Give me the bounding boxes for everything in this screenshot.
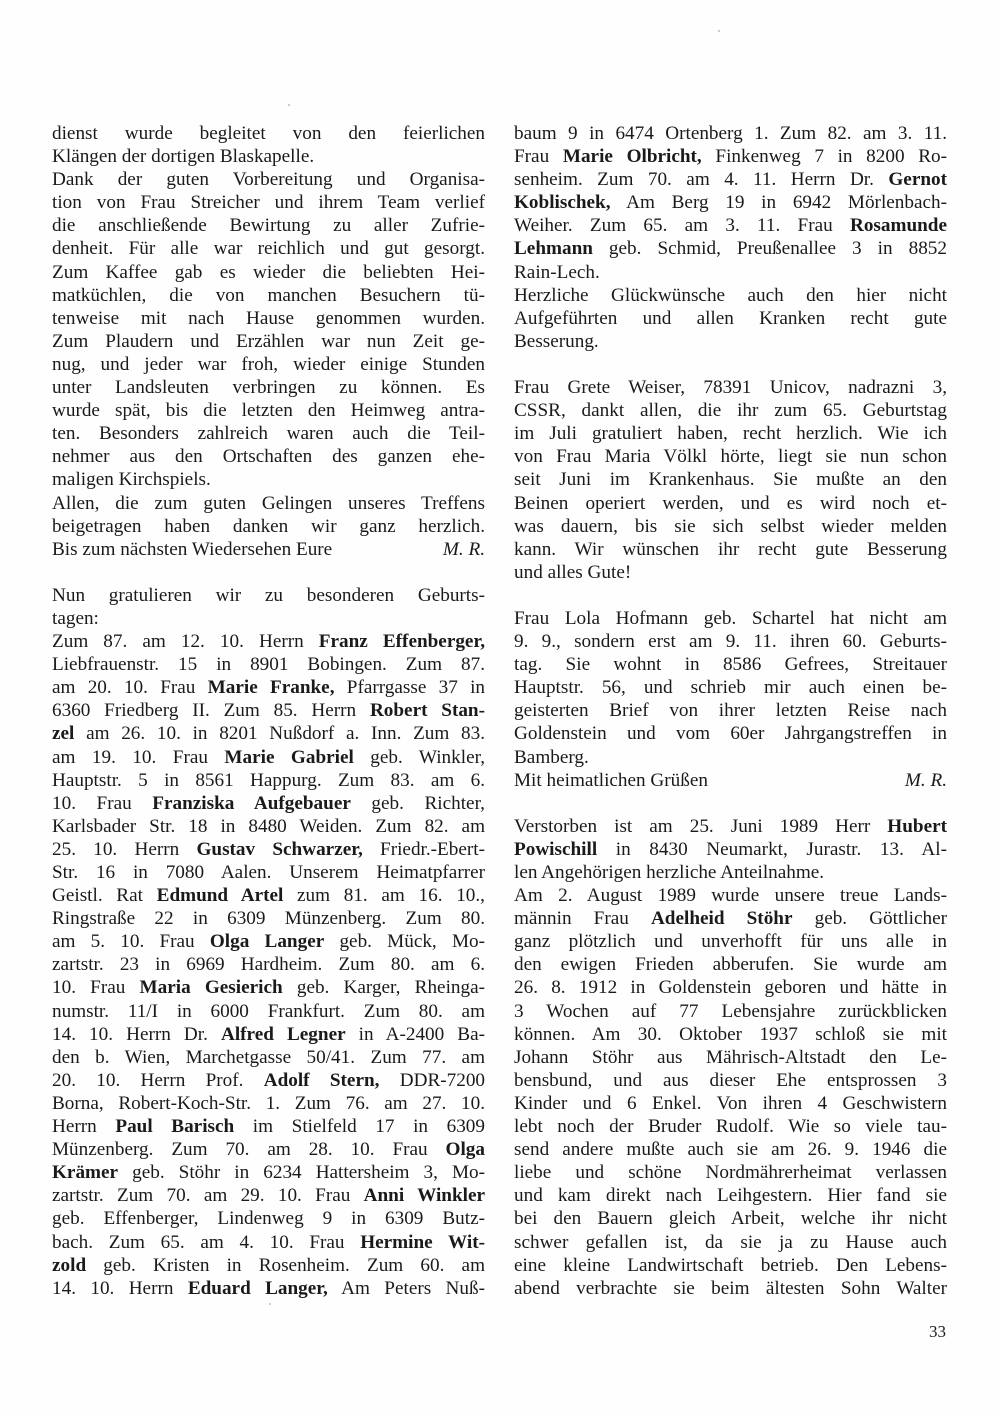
text-line: geb. Effenberger, Lindenweg 9 in 6309 Bu… xyxy=(52,1207,485,1230)
text-line: den ewigen Frieden abberufen. Sie wurde … xyxy=(514,953,947,976)
text-run: Liebfrauenstr. 15 in 8901 Bobingen. Zum … xyxy=(52,654,485,675)
text-line: Dank der guten Vorbereitung und Organisa… xyxy=(52,168,485,191)
scan-speck xyxy=(269,1303,271,1305)
text-line: kann. Wir wünschen ihr recht gute Besser… xyxy=(514,538,947,561)
text-line: Ringstraße 22 in 6309 Münzenberg. Zum 80… xyxy=(52,907,485,930)
text-line: tion von Frau Streicher und ihrem Team v… xyxy=(52,191,485,214)
text-run: 20. 10. Herrn Prof. xyxy=(52,1070,264,1091)
text-run: am 26. 10. in 8201 Nußdorf a. Inn. Zum 8… xyxy=(74,723,485,744)
text-run: Ringstraße 22 in 6309 Münzenberg. Zum 80… xyxy=(52,908,485,929)
person-name: Adolf Stern, xyxy=(264,1070,380,1091)
person-name: Edmund Artel xyxy=(157,885,284,906)
signoff-text: Bis zum nächsten Wiedersehen Eure xyxy=(52,538,332,561)
person-name: Adelheid Stöhr xyxy=(651,908,793,929)
text-line: matküchlen, die von manchen Besuchern tü… xyxy=(52,284,485,307)
person-name: Gustav Schwarzer, xyxy=(196,839,362,860)
paragraph-hofmann: Frau Lola Hofmann geb. Schartel hat nich… xyxy=(514,607,947,792)
text-run: Kinder und 6 Enkel. Von ihren 4 Geschwis… xyxy=(514,1093,947,1114)
text-run: Rain-Lech. xyxy=(514,262,600,283)
text-line: ganz plötzlich und unverhofft für uns al… xyxy=(514,930,947,953)
text-run: Str. 16 in 7080 Aalen. Unserem Heimatpfa… xyxy=(52,862,485,883)
text-run: zum 81. am 16. 10., xyxy=(283,885,485,906)
text-line: am 19. 10. Frau Marie Gabriel geb. Winkl… xyxy=(52,746,485,769)
text-run: Münzenberg. Zum 70. am 28. 10. Frau xyxy=(52,1139,446,1160)
text-run: senheim. Zum 70. am 4. 11. Herrn Dr. xyxy=(514,169,888,190)
text-line: die anschließende Bewirtung zu aller Zuf… xyxy=(52,214,485,237)
text-line: und alles Gute! xyxy=(514,561,947,584)
paragraph-closing-thanks: Allen, die zum guten Gelingen unseres Tr… xyxy=(52,492,485,561)
text-line: Am 2. August 1989 wurde unsere treue Lan… xyxy=(514,884,947,907)
text-line: send andere mußte auch sie am 26. 9. 194… xyxy=(514,1138,947,1161)
text-line: am 20. 10. Frau Marie Franke, Pfarrgasse… xyxy=(52,676,485,699)
text-line: Goldenstein und vom 60er Jahrgangstreffe… xyxy=(514,722,947,745)
text-line: 26. 8. 1912 in Goldenstein geboren und h… xyxy=(514,976,947,999)
person-name: Koblischek, xyxy=(514,192,611,213)
text-line: nug, und jeder war froh, wieder einige S… xyxy=(52,353,485,376)
person-name: Franziska Aufgebauer xyxy=(152,793,351,814)
text-line: Geistl. Rat Edmund Artel zum 81. am 16. … xyxy=(52,884,485,907)
text-run: Am Berg 19 in 6942 Mörlenbach- xyxy=(611,192,948,213)
text-line: wurde spät, bis die letzten den Heimweg … xyxy=(52,399,485,422)
text-run: liebe und schöne Nordmährerheimat verlas… xyxy=(514,1162,947,1183)
text-line: tag. Sie wohnt in 8586 Gefrees, Streitau… xyxy=(514,653,947,676)
text-run: Frau xyxy=(514,146,563,167)
text-run: Karlsbader Str. 18 in 8480 Weiden. Zum 8… xyxy=(52,816,485,837)
obituary-powischill: Verstorben ist am 25. Juni 1989 Herr Hub… xyxy=(514,815,947,884)
text-run: Verstorben ist am 25. Juni 1989 Herr xyxy=(514,816,887,837)
person-name: Lehmann xyxy=(514,238,593,259)
text-run: bei den Bauern gleich Arbeit, welche ihr… xyxy=(514,1208,947,1229)
text-run: geb. Mück, Mo- xyxy=(324,931,485,952)
text-line: 14. 10. Herrn Dr. Alfred Legner in A-240… xyxy=(52,1023,485,1046)
signature: M. R. xyxy=(905,769,947,792)
text-line: Frau Grete Weiser, 78391 Unicov, nadrazn… xyxy=(514,376,947,399)
text-run: Weiher. Zum 65. am 3. 11. Frau xyxy=(514,215,850,236)
text-run: schwer gefallen ist, da sie ja zu Hause … xyxy=(514,1232,947,1253)
text-line: liebe und schöne Nordmährerheimat verlas… xyxy=(514,1161,947,1184)
person-name: Anni Winkler xyxy=(364,1185,485,1206)
text-line: len Angehörigen herzliche Anteilnahme. xyxy=(514,861,947,884)
person-name: Olga Langer xyxy=(210,931,324,952)
text-run: geb. Schmid, Preußenallee 3 in 8852 xyxy=(593,238,947,259)
text-line: zold geb. Kristen in Rosenheim. Zum 60. … xyxy=(52,1254,485,1277)
text-line: bei den Bauern gleich Arbeit, welche ihr… xyxy=(514,1207,947,1230)
text-run: geb. Kristen in Rosenheim. Zum 60. am xyxy=(86,1255,485,1276)
text-run: und kam direkt nach Leihgestern. Hier fa… xyxy=(514,1185,947,1206)
text-run: am 19. 10. Frau xyxy=(52,747,224,768)
text-run: Pfarrgasse 37 in xyxy=(335,677,486,698)
text-line: Besserung. xyxy=(514,330,947,353)
signoff-line: Mit heimatlichen Grüßen M. R. xyxy=(514,769,947,792)
text-run: den b. Wien, Marchetgasse 50/41. Zum 77.… xyxy=(52,1047,485,1068)
text-line: maligen Kirchspiels. xyxy=(52,468,485,491)
signoff-line: Bis zum nächsten Wiedersehen Eure M. R. xyxy=(52,538,485,561)
person-name: Hermine Wit- xyxy=(360,1232,485,1253)
text-line: Zum Kaffee gab es wieder die beliebten H… xyxy=(52,261,485,284)
left-column: dienst wurde begleitet von den feierlich… xyxy=(52,122,485,1300)
text-line: und kam direkt nach Leihgestern. Hier fa… xyxy=(514,1184,947,1207)
text-line: beigetragen haben danken wir ganz herzli… xyxy=(52,515,485,538)
scan-speck xyxy=(718,30,720,32)
text-run: geb. Richter, xyxy=(351,793,485,814)
text-run: Am 2. August 1989 wurde unsere treue Lan… xyxy=(514,885,947,906)
paragraph-birthday-intro: Nun gratulieren wir zu besonderen Geburt… xyxy=(52,584,485,630)
text-run: bensbund, und aus dieser Ehe entsprossen… xyxy=(514,1070,947,1091)
text-run: numstr. 11/I in 6000 Frankfurt. Zum 80. … xyxy=(52,1001,485,1022)
text-line: Str. 16 in 7080 Aalen. Unserem Heimatpfa… xyxy=(52,861,485,884)
text-line: nehmer aus den Ortschaften des ganzen eh… xyxy=(52,445,485,468)
signature: M. R. xyxy=(443,538,485,561)
text-line: Bamberg. xyxy=(514,746,947,769)
text-run: baum 9 in 6474 Ortenberg 1. Zum 82. am 3… xyxy=(514,123,947,144)
text-run: zartstr. 23 in 6969 Hardheim. Zum 80. am… xyxy=(52,954,485,975)
text-line: Herrn Paul Barisch im Stielfeld 17 in 63… xyxy=(52,1115,485,1138)
text-line: 20. 10. Herrn Prof. Adolf Stern, DDR-720… xyxy=(52,1069,485,1092)
text-line: tenweise mit nach Hause genommen wurden. xyxy=(52,307,485,330)
text-line: zel am 26. 10. in 8201 Nußdorf a. Inn. Z… xyxy=(52,722,485,745)
text-line: den b. Wien, Marchetgasse 50/41. Zum 77.… xyxy=(52,1046,485,1069)
text-run: Herrn xyxy=(52,1116,115,1137)
text-line: 14. 10. Herrn Eduard Langer, Am Peters N… xyxy=(52,1277,485,1300)
text-line: Powischill in 8430 Neumarkt, Jurastr. 13… xyxy=(514,838,947,861)
text-line: 9. 9., sondern erst am 9. 11. ihren 60. … xyxy=(514,630,947,653)
paragraph-wishes: Herzliche Glückwünsche auch den hier nic… xyxy=(514,284,947,353)
text-run: abend verbrachte sie beim ältesten Sohn … xyxy=(514,1278,947,1299)
text-line: 3 Wochen auf 77 Lebensjahre zurückblicke… xyxy=(514,1000,947,1023)
text-run: len Angehörigen herzliche Anteilnahme. xyxy=(514,862,824,883)
text-run: zartstr. Zum 70. am 29. 10. Frau xyxy=(52,1185,364,1206)
text-line: Münzenberg. Zum 70. am 28. 10. Frau Olga xyxy=(52,1138,485,1161)
text-line: Verstorben ist am 25. Juni 1989 Herr Hub… xyxy=(514,815,947,838)
text-run: 10. Frau xyxy=(52,977,140,998)
text-line: männin Frau Adelheid Stöhr geb. Göttlich… xyxy=(514,907,947,930)
text-line: 10. Frau Maria Gesierich geb. Karger, Rh… xyxy=(52,976,485,999)
text-line: unter Landsleuten verbringen zu können. … xyxy=(52,376,485,399)
text-line: Zum Plaudern und Erzählen war nun Zeit g… xyxy=(52,330,485,353)
text-run: geb. Karger, Rheinga- xyxy=(283,977,485,998)
text-line: bensbund, und aus dieser Ehe entsprossen… xyxy=(514,1069,947,1092)
obituary-stoehr: Am 2. August 1989 wurde unsere treue Lan… xyxy=(514,884,947,1300)
text-line: Koblischek, Am Berg 19 in 6942 Mörlenbac… xyxy=(514,191,947,214)
paragraph-thanks-organisation: Dank der guten Vorbereitung und Organisa… xyxy=(52,168,485,491)
text-run: 25. 10. Herrn xyxy=(52,839,196,860)
person-name: Rosamunde xyxy=(850,215,947,236)
text-line: Klängen der dortigen Blaskapelle. xyxy=(52,145,485,168)
text-line: eine kleine Landwirtschaft betrieb. Den … xyxy=(514,1254,947,1277)
person-name: Marie Franke, xyxy=(208,677,335,698)
paragraph-festival-end: dienst wurde begleitet von den feierlich… xyxy=(52,122,485,168)
person-name: Marie Gabriel xyxy=(224,747,353,768)
text-line: Frau Marie Olbricht, Finkenweg 7 in 8200… xyxy=(514,145,947,168)
text-line: 10. Frau Franziska Aufgebauer geb. Richt… xyxy=(52,792,485,815)
person-name: Alfred Legner xyxy=(221,1024,346,1045)
text-line: Johann Stöhr aus Mährisch-Altstadt den L… xyxy=(514,1046,947,1069)
text-line: am 5. 10. Frau Olga Langer geb. Mück, Mo… xyxy=(52,930,485,953)
text-line: Hauptstr. 56, und schrieb mir auch einen… xyxy=(514,676,947,699)
text-run: können. Am 30. Oktober 1937 schloß sie m… xyxy=(514,1024,947,1045)
text-run: send andere mußte auch sie am 26. 9. 194… xyxy=(514,1139,947,1160)
person-name: Maria Gesierich xyxy=(140,977,283,998)
person-name: Powischill xyxy=(514,839,597,860)
text-line: Lehmann geb. Schmid, Preußenallee 3 in 8… xyxy=(514,237,947,260)
text-run: Zum 87. am 12. 10. Herrn xyxy=(52,631,319,652)
text-line: schwer gefallen ist, da sie ja zu Hause … xyxy=(514,1231,947,1254)
text-run: geb. Göttlicher xyxy=(792,908,947,929)
right-column: baum 9 in 6474 Ortenberg 1. Zum 82. am 3… xyxy=(514,122,947,1300)
text-line: 25. 10. Herrn Gustav Schwarzer, Friedr.-… xyxy=(52,838,485,861)
text-line: Frau Lola Hofmann geb. Schartel hat nich… xyxy=(514,607,947,630)
person-name: Robert Stan- xyxy=(370,700,485,721)
text-line: Herzliche Glückwünsche auch den hier nic… xyxy=(514,284,947,307)
text-line: von Frau Maria Völkl hörte, liegt sie nu… xyxy=(514,445,947,468)
text-run: DDR-7200 xyxy=(379,1070,485,1091)
text-line: denheit. Für alle war reichlich und gut … xyxy=(52,237,485,260)
text-run: ganz plötzlich und unverhofft für uns al… xyxy=(514,931,947,952)
text-run: Finkenweg 7 in 8200 Ro- xyxy=(702,146,947,167)
text-line: Liebfrauenstr. 15 in 8901 Bobingen. Zum … xyxy=(52,653,485,676)
text-run: Hauptstr. 5 in 8561 Happurg. Zum 83. am … xyxy=(52,770,485,791)
text-run: 14. 10. Herrn Dr. xyxy=(52,1024,221,1045)
signoff-text: Mit heimatlichen Grüßen xyxy=(514,769,708,792)
scan-speck xyxy=(288,104,290,106)
text-line: Aufgeführten und allen Kranken recht gut… xyxy=(514,307,947,330)
blank-line xyxy=(514,353,947,376)
text-line: ten. Besonders zahlreich waren auch die … xyxy=(52,422,485,445)
text-line: können. Am 30. Oktober 1937 schloß sie m… xyxy=(514,1023,947,1046)
text-line: Krämer geb. Stöhr in 6234 Hattersheim 3,… xyxy=(52,1161,485,1184)
text-line: senheim. Zum 70. am 4. 11. Herrn Dr. Ger… xyxy=(514,168,947,191)
person-name: Paul Barisch xyxy=(115,1116,234,1137)
text-line: Borna, Robert-Koch-Str. 1. Zum 76. am 27… xyxy=(52,1092,485,1115)
person-name: Gernot xyxy=(888,169,947,190)
text-run: 6360 Friedberg II. Zum 85. Herrn xyxy=(52,700,370,721)
text-line: zartstr. 23 in 6969 Hardheim. Zum 80. am… xyxy=(52,953,485,976)
page-number: 33 xyxy=(900,1321,946,1343)
text-run: Friedr.-Ebert- xyxy=(363,839,485,860)
text-line: Beinen operiert werden, und es wird noch… xyxy=(514,492,947,515)
person-name: Olga xyxy=(446,1139,485,1160)
text-run: lebt noch der Bruder Rudolf. Wie so viel… xyxy=(514,1116,947,1137)
text-run: 14. 10. Herrn xyxy=(52,1278,188,1299)
blank-line xyxy=(514,792,947,815)
text-line: Zum 87. am 12. 10. Herrn Franz Effenberg… xyxy=(52,630,485,653)
text-line: Weiher. Zum 65. am 3. 11. Frau Rosamunde xyxy=(514,214,947,237)
text-line: Karlsbader Str. 18 in 8480 Weiden. Zum 8… xyxy=(52,815,485,838)
text-run: in A-2400 Ba- xyxy=(346,1024,485,1045)
text-line: geisterten Brief von ihrer letzten Reise… xyxy=(514,699,947,722)
text-run: im Stielfeld 17 in 6309 xyxy=(234,1116,485,1137)
text-line: Allen, die zum guten Gelingen unseres Tr… xyxy=(52,492,485,515)
person-name: zel xyxy=(52,723,74,744)
text-run: 3 Wochen auf 77 Lebensjahre zurückblicke… xyxy=(514,1001,947,1022)
text-line: dienst wurde begleitet von den feierlich… xyxy=(52,122,485,145)
birthday-list: Zum 87. am 12. 10. Herrn Franz Effenberg… xyxy=(52,630,485,1300)
text-run: den ewigen Frieden abberufen. Sie wurde … xyxy=(514,954,947,975)
text-line: Rain-Lech. xyxy=(514,261,947,284)
text-line: 6360 Friedberg II. Zum 85. Herrn Robert … xyxy=(52,699,485,722)
text-run: eine kleine Landwirtschaft betrieb. Den … xyxy=(514,1255,947,1276)
text-run: Geistl. Rat xyxy=(52,885,157,906)
text-run: Am Peters Nuß- xyxy=(328,1278,485,1299)
text-run: 26. 8. 1912 in Goldenstein geboren und h… xyxy=(514,977,947,998)
text-run: in 8430 Neumarkt, Jurastr. 13. Al- xyxy=(597,839,947,860)
text-run: geb. Effenberger, Lindenweg 9 in 6309 Bu… xyxy=(52,1208,485,1229)
text-run: Johann Stöhr aus Mährisch-Altstadt den L… xyxy=(514,1047,947,1068)
text-line: Hauptstr. 5 in 8561 Happurg. Zum 83. am … xyxy=(52,769,485,792)
text-line: was dauern, bis sie sich selbst wieder m… xyxy=(514,515,947,538)
person-name: Marie Olbricht, xyxy=(563,146,702,167)
birthday-list-continued: baum 9 in 6474 Ortenberg 1. Zum 82. am 3… xyxy=(514,122,947,284)
person-name: zold xyxy=(52,1255,86,1276)
blank-line xyxy=(52,561,485,584)
text-line: seit Juni im Krankenhaus. Sie mußte an d… xyxy=(514,468,947,491)
text-line: zartstr. Zum 70. am 29. 10. Frau Anni Wi… xyxy=(52,1184,485,1207)
text-run: männin Frau xyxy=(514,908,651,929)
text-line: im Juli gratuliert haben, recht herzlich… xyxy=(514,422,947,445)
person-name: Franz Effenberger, xyxy=(319,631,485,652)
person-name: Krämer xyxy=(52,1162,118,1183)
person-name: Hubert xyxy=(887,816,947,837)
text-line: numstr. 11/I in 6000 Frankfurt. Zum 80. … xyxy=(52,1000,485,1023)
text-run: am 20. 10. Frau xyxy=(52,677,208,698)
text-line: Kinder und 6 Enkel. Von ihren 4 Geschwis… xyxy=(514,1092,947,1115)
text-run: am 5. 10. Frau xyxy=(52,931,210,952)
text-run: geb. Stöhr in 6234 Hattersheim 3, Mo- xyxy=(118,1162,485,1183)
text-line: baum 9 in 6474 Ortenberg 1. Zum 82. am 3… xyxy=(514,122,947,145)
text-line: abend verbrachte sie beim ältesten Sohn … xyxy=(514,1277,947,1300)
text-line: lebt noch der Bruder Rudolf. Wie so viel… xyxy=(514,1115,947,1138)
text-run: Borna, Robert-Koch-Str. 1. Zum 76. am 27… xyxy=(52,1093,485,1114)
paragraph-weiser: Frau Grete Weiser, 78391 Unicov, nadrazn… xyxy=(514,376,947,584)
text-line: bach. Zum 65. am 4. 10. Frau Hermine Wit… xyxy=(52,1231,485,1254)
text-run: 10. Frau xyxy=(52,793,152,814)
text-run: geb. Winkler, xyxy=(354,747,485,768)
text-line: tagen: xyxy=(52,607,485,630)
text-line: Nun gratulieren wir zu besonderen Geburt… xyxy=(52,584,485,607)
text-run: bach. Zum 65. am 4. 10. Frau xyxy=(52,1232,360,1253)
text-line: CSSR, dankt allen, die ihr zum 65. Gebur… xyxy=(514,399,947,422)
person-name: Eduard Langer, xyxy=(188,1278,328,1299)
blank-line xyxy=(514,584,947,607)
document-page: dienst wurde begleitet von den feierlich… xyxy=(0,0,1000,1413)
